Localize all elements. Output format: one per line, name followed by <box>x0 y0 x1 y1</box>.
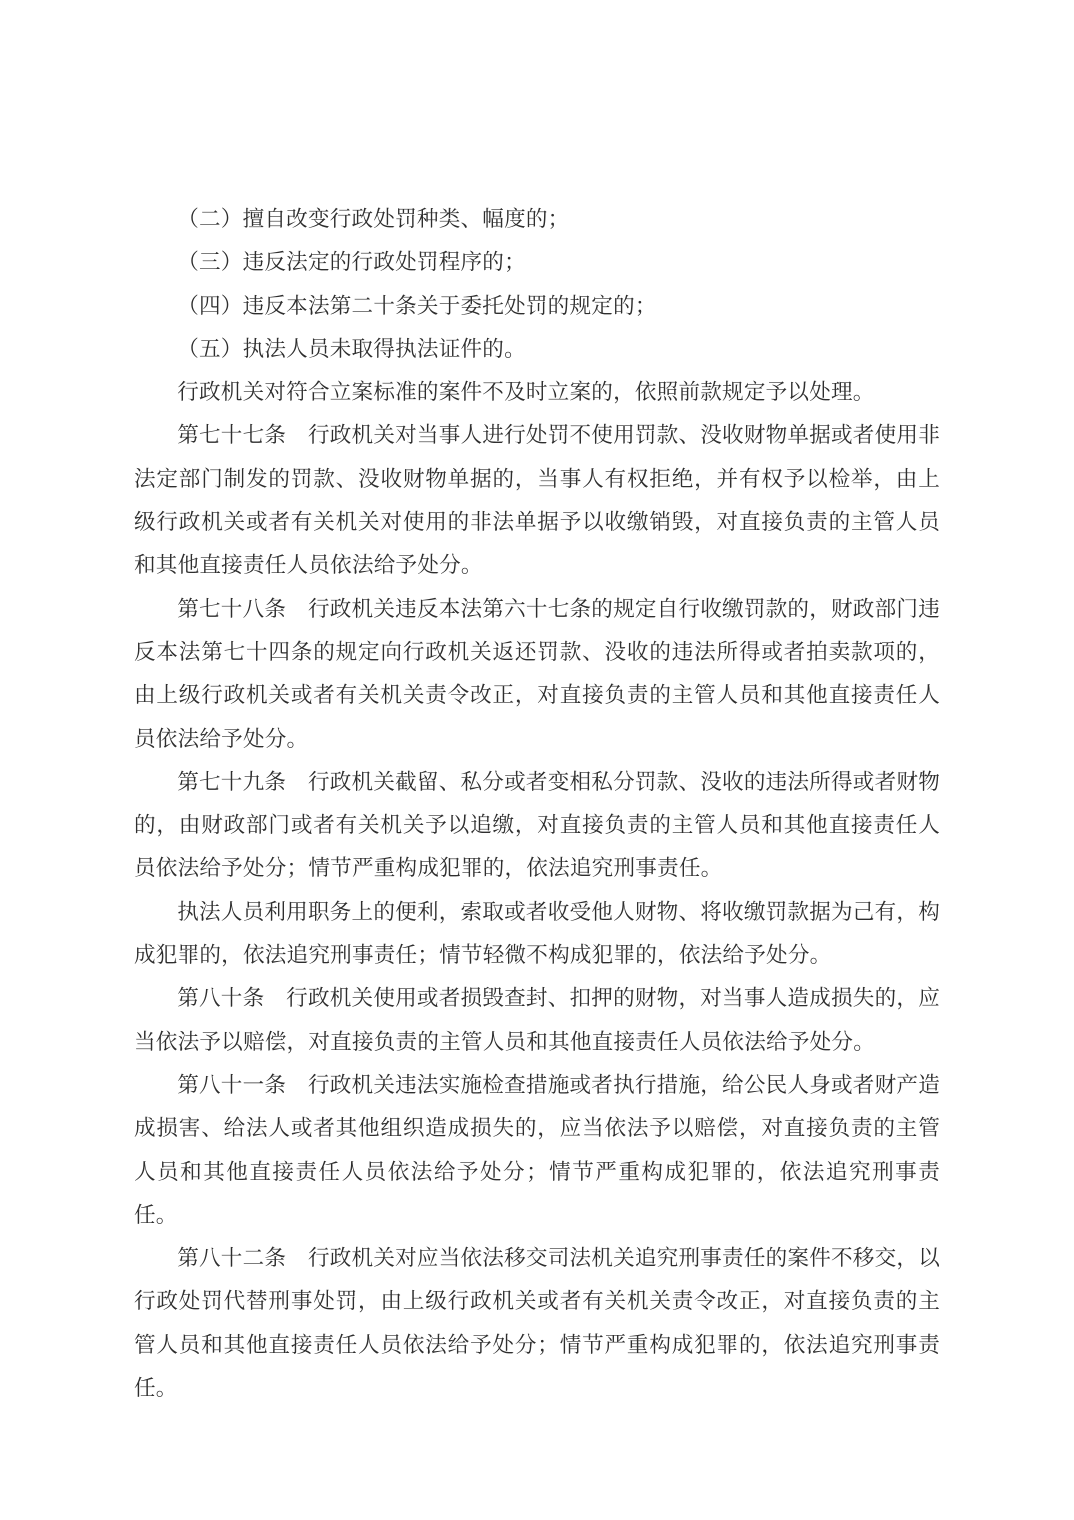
article-81: 第八十一条 行政机关违法实施检查措施或者执行措施，给公民人身或者财产造成损害、给… <box>134 1064 940 1237</box>
clause-item-5: （五）执法人员未取得执法证件的。 <box>134 328 940 371</box>
clause-item-3: （三）违反法定的行政处罚程序的； <box>134 241 940 284</box>
clause-item-2: （二）擅自改变行政处罚种类、幅度的； <box>134 198 940 241</box>
article-78: 第七十八条 行政机关违反本法第六十七条的规定自行收缴罚款的，财政部门违反本法第七… <box>134 588 940 761</box>
article-77: 第七十七条 行政机关对当事人进行处罚不使用罚款、没收财物单据或者使用非法定部门制… <box>134 414 940 587</box>
article-80: 第八十条 行政机关使用或者损毁查封、扣押的财物，对当事人造成损失的，应当依法予以… <box>134 977 940 1064</box>
clause-item-4: （四）违反本法第二十条关于委托处罚的规定的； <box>134 285 940 328</box>
document-page: （二）擅自改变行政处罚种类、幅度的； （三）违反法定的行政处罚程序的； （四）违… <box>0 0 1074 1520</box>
article-79-paragraph-2: 执法人员利用职务上的便利，索取或者收受他人财物、将收缴罚款据为己有，构成犯罪的，… <box>134 891 940 978</box>
article-79: 第七十九条 行政机关截留、私分或者变相私分罚款、没收的违法所得或者财物的，由财政… <box>134 761 940 891</box>
paragraph-filing-rule: 行政机关对符合立案标准的案件不及时立案的，依照前款规定予以处理。 <box>134 371 940 414</box>
article-82: 第八十二条 行政机关对应当依法移交司法机关追究刑事责任的案件不移交，以行政处罚代… <box>134 1237 940 1410</box>
document-body: （二）擅自改变行政处罚种类、幅度的； （三）违反法定的行政处罚程序的； （四）违… <box>134 198 940 1410</box>
